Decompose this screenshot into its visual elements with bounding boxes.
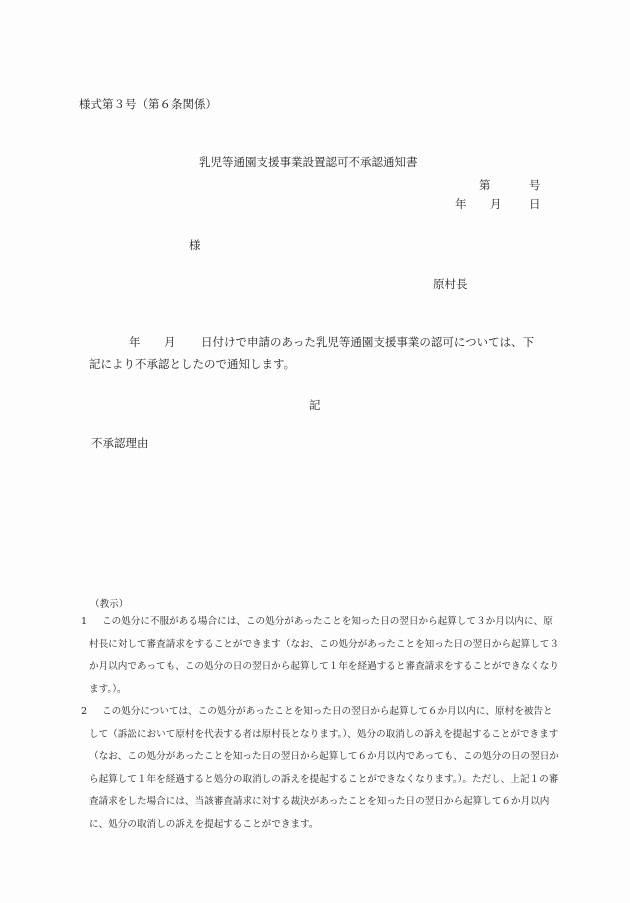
notice-list: 1この処分に不服がある場合には、この処分があったことを知った日の翌日から起算して… <box>81 611 561 836</box>
reason-label: 不承認理由 <box>91 435 149 451</box>
date-year: 年 <box>455 196 467 212</box>
notice-item-2: 2この処分については、この処分があったことを知った日の翌日から起算して６か月以内… <box>81 701 561 836</box>
date-month: 月 <box>490 196 502 212</box>
document-title: 乳児等通園支援事業設置認可不承認通知書 <box>199 154 418 170</box>
notice-item-number: 1 <box>81 611 102 634</box>
ki-heading: 記 <box>309 397 321 413</box>
notice-heading: （教示） <box>90 596 128 610</box>
date-day: 日 <box>529 196 541 212</box>
body-line1: 日付けで申請のあった乳児等通園支援事業の認可については、下 <box>201 334 534 350</box>
body-year: 年 <box>129 334 141 350</box>
issuer: 原村長 <box>433 276 468 292</box>
notice-item-text: この処分に不服がある場合には、この処分があったことを知った日の翌日から起算して３… <box>89 616 559 695</box>
notice-item-text: この処分については、この処分があったことを知った日の翌日から起算して６か月以内に… <box>89 706 559 830</box>
body-month: 月 <box>164 334 176 350</box>
addressee-suffix: 様 <box>189 237 201 253</box>
form-number: 様式第３号（第６条関係） <box>79 96 217 112</box>
body-line2: 記により不承認としたので通知します。 <box>89 356 295 372</box>
doc-number-suffix: 号 <box>529 177 541 193</box>
doc-number-prefix: 第 <box>479 177 491 193</box>
notice-item-1: 1この処分に不服がある場合には、この処分があったことを知った日の翌日から起算して… <box>81 611 561 701</box>
notice-item-number: 2 <box>81 701 102 724</box>
